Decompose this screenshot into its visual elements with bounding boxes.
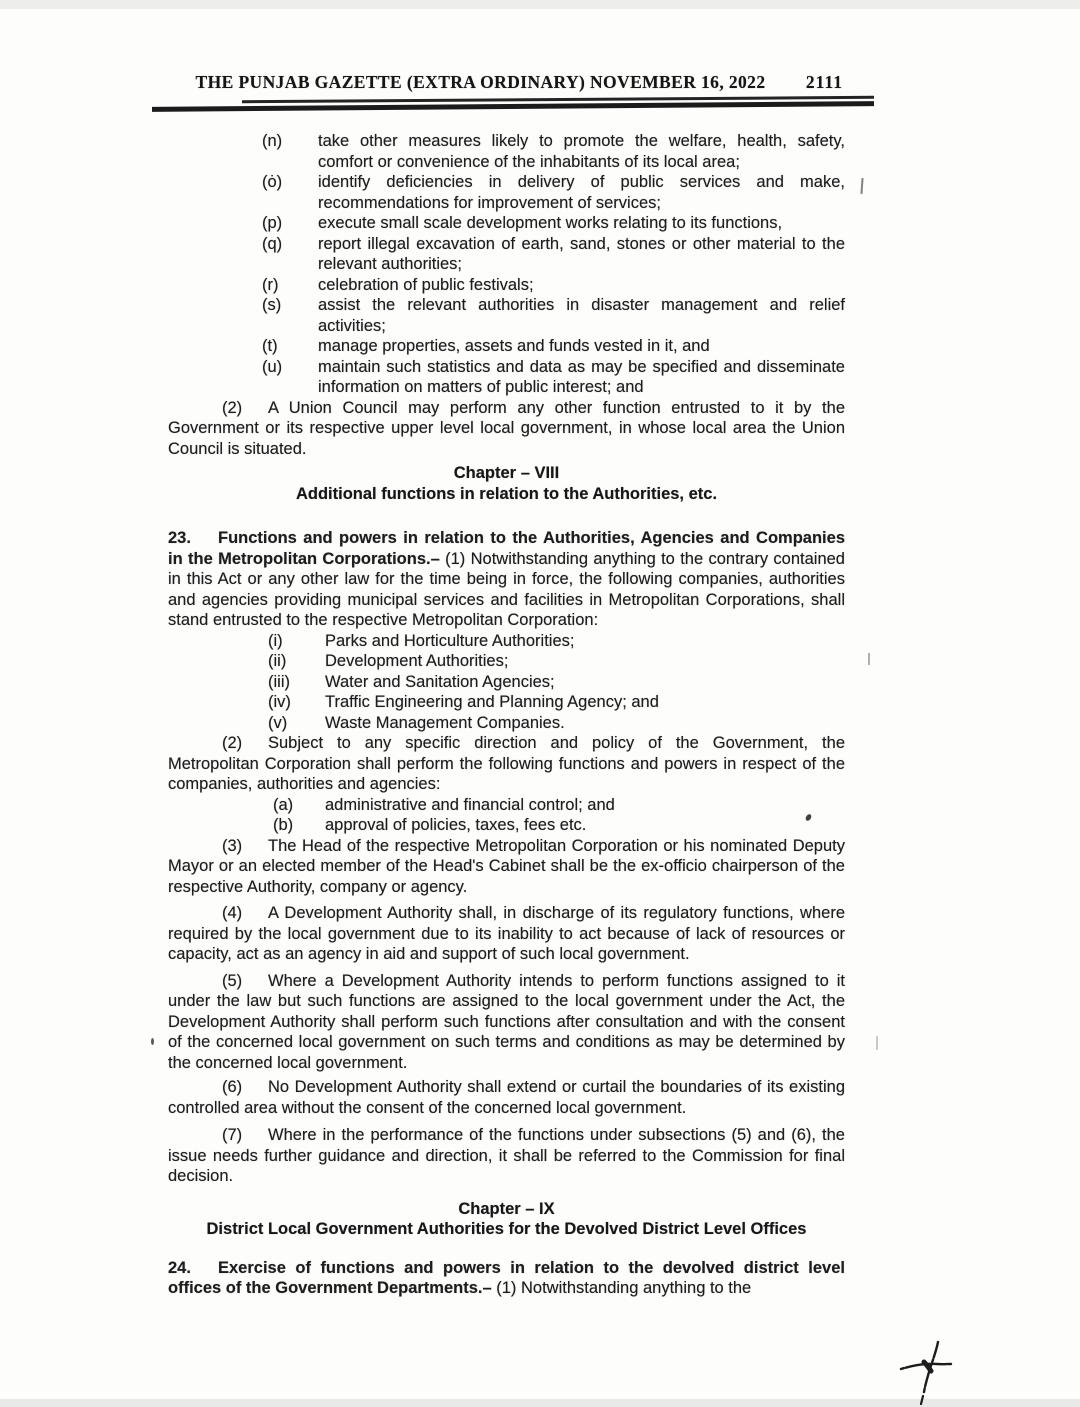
para-label: (2) (222, 398, 268, 419)
section-23-sub-3: (3)The Head of the respective Metropolit… (168, 836, 845, 898)
page-number: 2111 (806, 72, 843, 93)
para-text: A Development Authority shall, in discha… (168, 904, 845, 963)
item-text: approval of policies, taxes, fees etc. (325, 816, 586, 834)
item-text: report illegal excavation of earth, sand… (318, 235, 845, 274)
list-item-n: (n)take other measures likely to promote… (168, 131, 845, 172)
para-label: (3) (222, 836, 268, 857)
list-item-s: (s)assist the relevant authorities in di… (168, 295, 845, 336)
list-item-b: (b)approval of policies, taxes, fees etc… (168, 815, 845, 836)
chapter-title: Chapter – IX (168, 1199, 845, 1220)
chapter-subtitle: Additional functions in relation to the … (168, 484, 845, 505)
union-council-para-2: (2)A Union Council may perform any other… (168, 398, 845, 460)
para-label: (7) (222, 1125, 268, 1146)
item-label: (r) (262, 275, 278, 296)
list-item-i: (i)Parks and Horticulture Authorities; (168, 631, 845, 652)
item-text: execute small scale development works re… (318, 214, 782, 232)
list-item-o: (ȯ)identify deficiencies in delivery of … (168, 172, 845, 213)
list-item-p: (p)execute small scale development works… (168, 213, 845, 234)
union-council-functions-list: (n)take other measures likely to promote… (168, 131, 845, 398)
item-text: administrative and financial control; an… (325, 796, 615, 814)
list-item-t: (t)manage properties, assets and funds v… (168, 336, 845, 357)
item-text: take other measures likely to promote th… (318, 132, 845, 171)
list-item-a: (a)administrative and financial control;… (168, 795, 845, 816)
para-text: Subject to any specific direction and po… (168, 734, 845, 793)
section-24-opening: 24.Exercise of functions and powers in r… (168, 1258, 845, 1299)
item-label: (i) (268, 631, 283, 652)
chapter-ix-heading: Chapter – IX District Local Government A… (168, 1199, 845, 1240)
para-text: Where a Development Authority intends to… (168, 972, 845, 1072)
entrusted-entities-list: (i)Parks and Horticulture Authorities; (… (168, 631, 845, 734)
scan-speck (151, 1038, 154, 1045)
item-label: (t) (262, 336, 278, 357)
item-text: Water and Sanitation Agencies; (325, 673, 555, 691)
section-23-sub-4: (4)A Development Authority shall, in dis… (168, 903, 845, 965)
item-label: (ȯ) (262, 172, 282, 193)
chapter-subtitle: District Local Government Authorities fo… (192, 1219, 822, 1240)
list-item-ii: (ii)Development Authorities; (168, 651, 845, 672)
item-label: (iii) (268, 672, 290, 693)
section-23-sub-7: (7)Where in the performance of the funct… (168, 1125, 845, 1187)
list-item-q: (q)report illegal excavation of earth, s… (168, 234, 845, 275)
para-label: (6) (222, 1077, 268, 1098)
item-text: Development Authorities; (325, 652, 508, 670)
list-item-v: (v)Waste Management Companies. (168, 713, 845, 734)
section-body: (1) Notwithstanding anything to the (496, 1279, 751, 1297)
item-text: celebration of public festivals; (318, 276, 534, 294)
item-text: manage properties, assets and funds vest… (318, 337, 710, 355)
item-label: (ii) (268, 651, 286, 672)
section-number: 24. (168, 1258, 218, 1279)
item-label: (a) (273, 795, 293, 816)
list-item-iv: (iv)Traffic Engineering and Planning Age… (168, 692, 845, 713)
page-header: THE PUNJAB GAZETTE (EXTRA ORDINARY) NOVE… (168, 72, 845, 93)
section-23-sub-6: (6)No Development Authority shall extend… (168, 1077, 845, 1118)
section-number: 23. (168, 528, 218, 549)
para-label: (5) (222, 971, 268, 992)
item-label: (p) (262, 213, 282, 234)
gazette-title: THE PUNJAB GAZETTE (EXTRA ORDINARY) NOVE… (196, 72, 766, 93)
para-text: Where in the performance of the function… (168, 1126, 845, 1185)
item-label: (v) (268, 713, 287, 734)
section-23-sub-2: (2)Subject to any specific direction and… (168, 733, 845, 795)
para-text: No Development Authority shall extend or… (168, 1078, 845, 1117)
section-23-opening: 23.Functions and powers in relation to t… (168, 528, 845, 631)
item-label: (n) (262, 131, 282, 152)
scan-tick-mark (876, 1036, 878, 1050)
handwritten-check-mark (893, 1336, 965, 1407)
item-label: (u) (262, 357, 282, 378)
chapter-title: Chapter – VIII (168, 463, 845, 484)
item-text: Waste Management Companies. (325, 714, 565, 732)
powers-list: (a)administrative and financial control;… (168, 795, 845, 836)
list-item-u: (u)maintain such statistics and data as … (168, 357, 845, 398)
chapter-viii-heading: Chapter – VIII Additional functions in r… (168, 463, 845, 504)
gazette-page: THE PUNJAB GAZETTE (EXTRA ORDINARY) NOVE… (168, 0, 845, 1299)
scan-tick-mark (868, 653, 870, 665)
para-label: (4) (222, 903, 268, 924)
item-label: (b) (273, 815, 293, 836)
para-label: (2) (222, 733, 268, 754)
item-text: identify deficiencies in delivery of pub… (318, 173, 845, 212)
list-item-r: (r)celebration of public festivals; (168, 275, 845, 296)
item-label: (q) (262, 234, 282, 255)
para-text: The Head of the respective Metropolitan … (168, 837, 845, 896)
item-text: maintain such statistics and data as may… (318, 358, 845, 397)
item-label: (s) (262, 295, 281, 316)
item-text: Parks and Horticulture Authorities; (325, 632, 574, 650)
para-text: A Union Council may perform any other fu… (168, 399, 845, 458)
item-text: Traffic Engineering and Planning Agency;… (325, 693, 659, 711)
list-item-iii: (iii)Water and Sanitation Agencies; (168, 672, 845, 693)
item-text: assist the relevant authorities in disas… (318, 296, 845, 335)
item-label: (iv) (268, 692, 291, 713)
scan-tick-mark (860, 178, 863, 194)
section-23-sub-5: (5)Where a Development Authority intends… (168, 971, 845, 1074)
